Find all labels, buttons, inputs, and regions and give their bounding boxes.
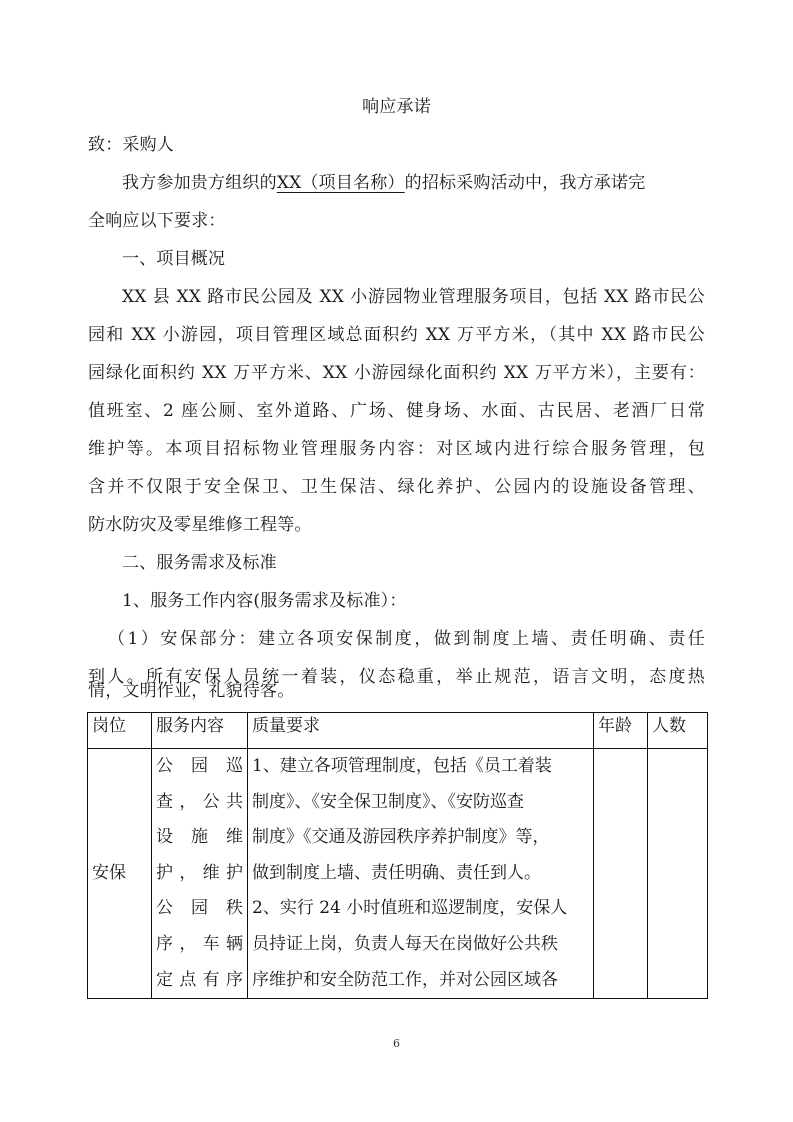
document-title: 响应承诺 bbox=[0, 97, 793, 117]
header-age: 年龄 bbox=[594, 713, 648, 749]
section1-line: 园和 XX 小游园，项目管理区域总面积约 XX 万平方米，（其中 XX 路市民公 bbox=[88, 325, 705, 345]
cell-count bbox=[648, 749, 708, 999]
section1-line: 园绿化面积约 XX 万平方米、XX 小游园绿化面积约 XX 万平方米），主要有： bbox=[88, 363, 705, 383]
table-header-row: 岗位 服务内容 质量要求 年龄 人数 bbox=[88, 713, 708, 749]
document-page: 响应承诺 致：采购人 我方参加贵方组织的XX（项目名称）的招标采购活动中，我方承… bbox=[0, 0, 793, 1122]
intro-text-before: 我方参加贵方组织的 bbox=[122, 173, 277, 193]
intro-text-after: 的招标采购活动中，我方承诺完 bbox=[405, 173, 646, 193]
quality-line: 员持证上岗，负责人每天在岗做好公共秩 bbox=[252, 927, 589, 963]
quality-line: 做到制度上墙、责任明确、责任到人。 bbox=[252, 856, 589, 892]
security-line: （1）安保部分：建立各项安保制度，做到制度上墙、责任明确、责任 bbox=[108, 629, 705, 649]
header-post: 岗位 bbox=[88, 713, 152, 749]
service-table: 岗位 服务内容 质量要求 年龄 人数 安保 公园巡 查，公共 设施维 护，维护 … bbox=[87, 712, 708, 999]
quality-line: 制度》《交通及游园秩序养护制度》等， bbox=[252, 820, 589, 856]
service-line: 查，公共 bbox=[156, 785, 243, 821]
cell-post: 安保 bbox=[88, 749, 152, 999]
intro-line-2: 全响应以下要求： bbox=[88, 211, 226, 231]
section2-sub1: 1、服务工作内容(服务需求及标准）： bbox=[122, 591, 407, 611]
cell-quality-requirements: 1、建立各项管理制度，包括《员工着装 制度》、《安全保卫制度》、《安防巡查 制度… bbox=[248, 749, 594, 999]
section1-line: 值班室、2 座公厕、室外道路、广场、健身场、水面、古民居、老酒厂日常 bbox=[88, 401, 705, 421]
header-quality-requirements: 质量要求 bbox=[248, 713, 594, 749]
header-count: 人数 bbox=[648, 713, 708, 749]
section1-line: 维护等。本项目招标物业管理服务内容：对区域内进行综合服务管理，包 bbox=[88, 439, 705, 459]
service-line: 护，维护 bbox=[156, 856, 243, 892]
intro-line-1: 我方参加贵方组织的XX（项目名称）的招标采购活动中，我方承诺完 bbox=[122, 173, 645, 193]
quality-line: 2、实行 24 小时值班和巡逻制度，安保人 bbox=[252, 891, 589, 927]
section2-heading: 二、服务需求及标准 bbox=[122, 553, 277, 573]
service-line: 设施维 bbox=[156, 820, 243, 856]
section1-line: 含并不仅限于安全保卫、卫生保洁、绿化养护、公园内的设施设备管理、 bbox=[88, 477, 705, 497]
quality-line: 1、建立各项管理制度，包括《员工着装 bbox=[252, 749, 589, 785]
security-line: 情，文明作业，礼貌待客。 bbox=[88, 681, 294, 701]
page-number: 6 bbox=[0, 1037, 793, 1050]
service-line: 定点有序 bbox=[156, 963, 243, 999]
salutation: 致：采购人 bbox=[88, 135, 174, 155]
cell-age bbox=[594, 749, 648, 999]
header-service-content: 服务内容 bbox=[152, 713, 248, 749]
section1-heading: 一、项目概况 bbox=[122, 249, 225, 269]
service-line: 公园巡 bbox=[156, 749, 243, 785]
table-row: 安保 公园巡 查，公共 设施维 护，维护 公园秩 序，车辆 定点有序 1、建立各… bbox=[88, 749, 708, 999]
service-line: 序，车辆 bbox=[156, 927, 243, 963]
cell-service-content: 公园巡 查，公共 设施维 护，维护 公园秩 序，车辆 定点有序 bbox=[152, 749, 248, 999]
section1-line: XX 县 XX 路市民公园及 XX 小游园物业管理服务项目，包括 XX 路市民公 bbox=[122, 287, 705, 307]
quality-line: 序维护和安全防范工作，并对公园区域各 bbox=[252, 963, 589, 999]
service-line: 公园秩 bbox=[156, 891, 243, 927]
quality-line: 制度》、《安全保卫制度》、《安防巡查 bbox=[252, 785, 589, 821]
project-name-placeholder: XX（项目名称） bbox=[277, 173, 405, 193]
section1-line: 防水防灾及零星维修工程等。 bbox=[88, 515, 312, 535]
